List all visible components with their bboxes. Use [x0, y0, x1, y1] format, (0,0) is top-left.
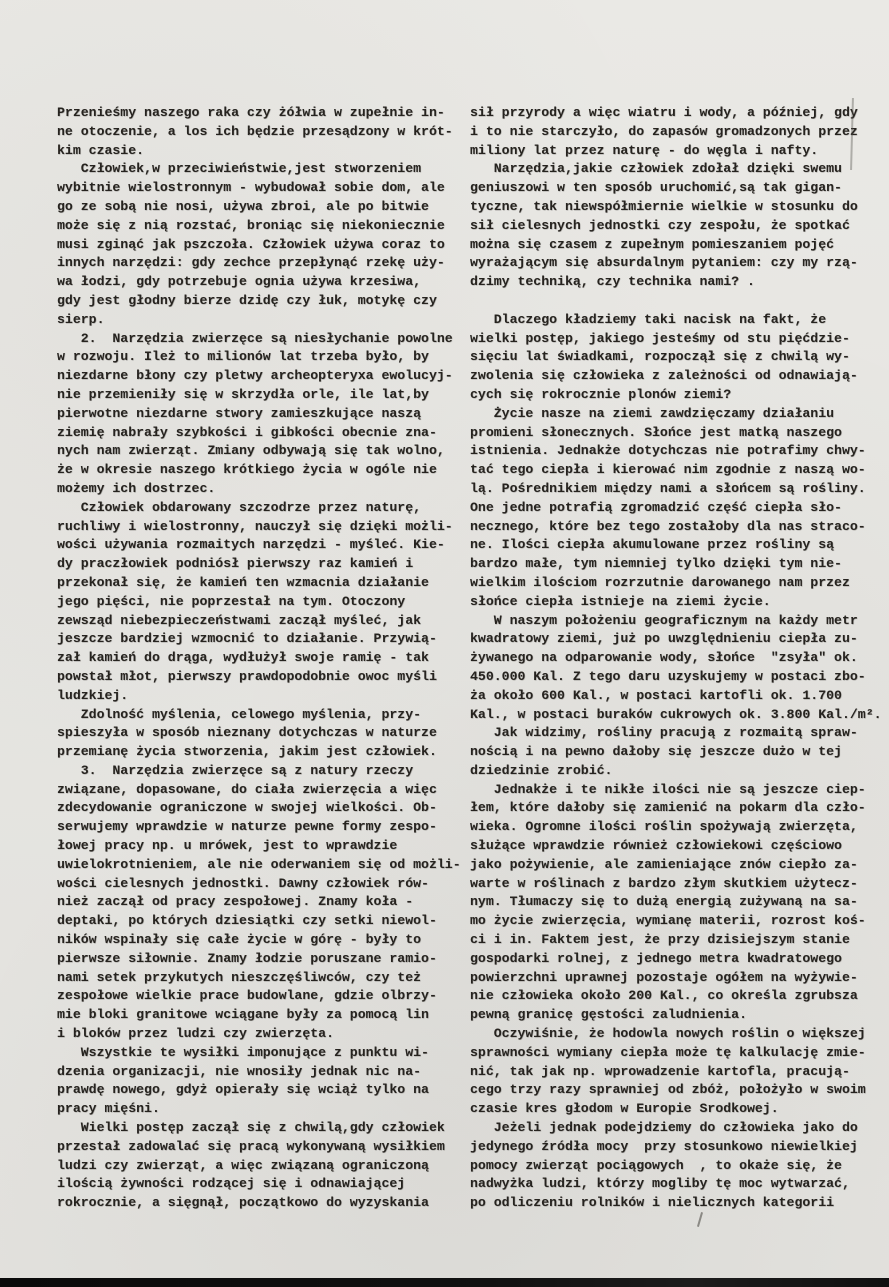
text-line: warte w roślinach z bardzo złym skutkiem… — [470, 875, 880, 894]
text-line: Jednakże i te nikłe ilości nie są jeszcz… — [470, 781, 880, 800]
text-line: tyczne, tak niewspółmiernie wielkie w st… — [470, 198, 880, 217]
text-line: ludzi czy zwierząt, a więc związaną ogra… — [57, 1157, 467, 1176]
text-line: ne. Ilości ciepła akumulowane przez rośl… — [470, 536, 880, 555]
text-line: Wielki postęp zaczął się z chwilą,gdy cz… — [57, 1119, 467, 1138]
text-line: gdy jest głodny bierze dzidę czy łuk, mo… — [57, 292, 467, 311]
text-line: pierwotne niezdarne stwory zamieszkujące… — [57, 405, 467, 424]
text-line: serwujemy wprawdzie w naturze pewne form… — [57, 818, 467, 837]
text-line: dy praczłowiek podniósł pierwszy raz kam… — [57, 555, 467, 574]
text-line: deptaki, po których dziesiątki czy setki… — [57, 912, 467, 931]
text-line: zewsząd niebezpieczeństwami zaczął myśle… — [57, 612, 467, 631]
text-line: ludzkiej. — [57, 687, 467, 706]
text-line: promieni słonecznych. Słońce jest matką … — [470, 424, 880, 443]
text-line: pomocy zwierząt pociągowych , to okaże s… — [470, 1157, 880, 1176]
text-line: cych się rokrocznie plonów ziemi? — [470, 386, 880, 405]
text-line: niezdarne błony czy pletwy archeopteryxa… — [57, 367, 467, 386]
text-line: łem, które dałoby się zamienić na pokarm… — [470, 799, 880, 818]
text-line: ruchliwy i wielostronny, nauczył się dzi… — [57, 518, 467, 537]
text-line: po odliczeniu rolników i nielicznych kat… — [470, 1194, 880, 1213]
text-line: pracy mięśni. — [57, 1100, 467, 1119]
text-line: w rozwoju. Ileż to milionów lat trzeba b… — [57, 348, 467, 367]
text-line: możemy ich dostrzec. — [57, 480, 467, 499]
text-line: geniuszowi w ten sposób uruchomić,są tak… — [470, 179, 880, 198]
text-line: spieszyła w sposób nieznany dotychczas w… — [57, 724, 467, 743]
text-line: necznego, które bez tego zostałoby dla n… — [470, 518, 880, 537]
text-line: nych nam zwierząt. Zmiany odbywają się t… — [57, 442, 467, 461]
text-line: łowej pracy np. u mrówek, jest to wprawd… — [57, 837, 467, 856]
text-line: bardzo małe, tym niemniej tylko dzięki t… — [470, 555, 880, 574]
text-line: cego trzy razy sprawniej od zbóż, położy… — [470, 1081, 880, 1100]
text-line: ników wspinały się całe życie w górę - b… — [57, 931, 467, 950]
text-line: nić, tak jak np. wprowadzenie kartofla, … — [470, 1063, 880, 1082]
text-line: Kal., w postaci buraków cukrowych ok. 3.… — [470, 706, 880, 725]
scan-artifact — [697, 1212, 703, 1227]
text-line: zespołowe wielkie prace budowlane, gdzie… — [57, 987, 467, 1006]
text-line: musi zginąć jak pszczoła. Człowiek używa… — [57, 236, 467, 255]
text-line: sił cielesnych jednostki czy zespołu, że… — [470, 217, 880, 236]
text-line: przestał zadowalać się pracą wykonywaną … — [57, 1138, 467, 1157]
text-line: kim czasie. — [57, 142, 467, 161]
text-line: wyrażającym się absurdalnym pytaniem: cz… — [470, 254, 880, 273]
text-line: sierp. — [57, 311, 467, 330]
text-line: W naszym położeniu geograficznym na każd… — [470, 612, 880, 631]
text-line: 2. Narzędzia zwierzęce są niesłychanie p… — [57, 330, 467, 349]
text-line: wieka. Ogromne ilości roślin spożywają z… — [470, 818, 880, 837]
text-line: Jeżeli jednak podejdziemy do człowieka j… — [470, 1119, 880, 1138]
text-line: ci i in. Faktem jest, że przy dzisiejszy… — [470, 931, 880, 950]
text-line: czasie kres głodom w Europie Srodkowej. — [470, 1100, 880, 1119]
text-line: nością i na pewno dałoby się jeszcze duż… — [470, 743, 880, 762]
text-line: tać tego ciepła i kierować nim zgodnie z… — [470, 461, 880, 480]
text-line: można się czasem z zupełnym pomieszaniem… — [470, 236, 880, 255]
text-line: ziemię nabrały szybkości i gibkości obec… — [57, 424, 467, 443]
text-line: zwolenia się człowieka z zależności od o… — [470, 367, 880, 386]
text-line: One jedne potrafią zgromadzić część ciep… — [470, 499, 880, 518]
text-line: wa łodzi, gdy potrzebuje ognia używa krz… — [57, 273, 467, 292]
text-line: rokrocznie, a sięgnął, początkowo do wyz… — [57, 1194, 467, 1213]
text-line: wości używania rozmaitych narzędzi - myś… — [57, 536, 467, 555]
text-line: ilością żywności rodzącej się i odnawiaj… — [57, 1175, 467, 1194]
text-line: żywanego na odparowanie wody, słońce "zs… — [470, 649, 880, 668]
text-line: słońce ciepła istnieje na ziemi życie. — [470, 593, 880, 612]
text-line: gospodarki rolnej, z jednego metra kwadr… — [470, 950, 880, 969]
text-line: 3. Narzędzia zwierzęce są z natury rzecz… — [57, 762, 467, 781]
text-line: Jak widzimy, rośliny pracują z rozmaitą … — [470, 724, 880, 743]
text-line: przemianę życia stworzenia, jakim jest c… — [57, 743, 467, 762]
text-line: dziedzinie zrobić. — [470, 762, 880, 781]
text-line: pierwsze siłownie. Znamy łodzie poruszan… — [57, 950, 467, 969]
text-line: że w okresie naszego krótkiego życia w o… — [57, 461, 467, 480]
text-line: Narzędzia,jakie człowiek zdołał dzięki s… — [470, 160, 880, 179]
text-line: służące wprawdzie również człowiekowi cz… — [470, 837, 880, 856]
text-line: wielkim ilościom rozrzutnie darowanego n… — [470, 574, 880, 593]
text-line: kwadratowy ziemi, już po uwzględnieniu c… — [470, 630, 880, 649]
text-line: wości cielesnych jednostki. Dawny człowi… — [57, 875, 467, 894]
text-line: innych narzędzi: gdy zechce przepłynąć r… — [57, 254, 467, 273]
scanned-typewritten-page: Przenieśmy naszego raka czy żółwia w zup… — [0, 0, 889, 1287]
text-line: nież zaczął od pracy zespołowej. Znamy k… — [57, 893, 467, 912]
text-line: prawdę nowego, gdyż opierały się wciąż t… — [57, 1081, 467, 1100]
text-line: go ze sobą nie nosi, używa zbroi, ale po… — [57, 198, 467, 217]
text-line: powierzchni uprawnej pozostaje ogółem na… — [470, 969, 880, 988]
text-line: Wszystkie te wysiłki imponujące z punktu… — [57, 1044, 467, 1063]
text-line: sprawności wymiany ciepła może tę kalkul… — [470, 1044, 880, 1063]
text-line: pewną granicę gęstości zaludnienia. — [470, 1006, 880, 1025]
text-line: wybitnie wielostronnym - wybudował sobie… — [57, 179, 467, 198]
text-line — [470, 292, 880, 311]
text-line: zał kamień do drąga, wydłużył swoje rami… — [57, 649, 467, 668]
text-line: Przenieśmy naszego raka czy żółwia w zup… — [57, 104, 467, 123]
text-line: może się z nią rozstać, broniąc się niek… — [57, 217, 467, 236]
text-line: jeszcze bardziej wzmocnić to działanie. … — [57, 630, 467, 649]
text-line: istnienia. Jednakże dotychczas nie potra… — [470, 442, 880, 461]
text-line: miliony lat przez naturę - do węgla i na… — [470, 142, 880, 161]
text-line: Człowiek obdarowany szczodrze przez natu… — [57, 499, 467, 518]
text-line: nami setek przykutych nieszczęśliwców, c… — [57, 969, 467, 988]
text-line: Życie nasze na ziemi zawdzięczamy działa… — [470, 405, 880, 424]
text-line: Oczywiśnie, że hodowla nowych roślin o w… — [470, 1025, 880, 1044]
text-line: nie człowieka około 200 Kal., co określa… — [470, 987, 880, 1006]
text-line: jako pożywienie, ale zamieniające znów c… — [470, 856, 880, 875]
scan-edge-bar — [0, 1278, 889, 1287]
text-line: uwielokrotnieniem, ale nie oderwaniem si… — [57, 856, 467, 875]
text-line: i bloków przez ludzi czy zwierzęta. — [57, 1025, 467, 1044]
right-text-column: sił przyrody a więc wiatru i wody, a póź… — [470, 104, 880, 1213]
text-line: nym. Tłumaczy się to dużą energią zużywa… — [470, 893, 880, 912]
text-line: zdecydowanie ograniczone w swojej wielko… — [57, 799, 467, 818]
text-line: Człowiek,w przeciwieństwie,jest stworzen… — [57, 160, 467, 179]
text-line: Dlaczego kładziemy taki nacisk na fakt, … — [470, 311, 880, 330]
text-line: jego pięści, nie poprzestał na tym. Otoc… — [57, 593, 467, 612]
text-line: jedynego źródła mocy przy stosunkowo nie… — [470, 1138, 880, 1157]
text-line: 450.000 Kal. Z tego daru uzyskujemy w po… — [470, 668, 880, 687]
text-line: i to nie starczyło, do zapasów gromadzon… — [470, 123, 880, 142]
text-line: Zdolność myślenia, celowego myślenia, pr… — [57, 706, 467, 725]
text-line: powstał młot, pierwszy prawdopodobnie ow… — [57, 668, 467, 687]
text-line: przekonał się, że kamień ten wzmacnia dz… — [57, 574, 467, 593]
text-line: nie przemieniły się w skrzydła orle, ile… — [57, 386, 467, 405]
text-line: dzenia organizacji, nie wnosiły jednak n… — [57, 1063, 467, 1082]
text-line: nadwyżka ludzi, którzy mogliby tę moc wy… — [470, 1175, 880, 1194]
text-line: mo życie zwierzęcia, wymianę materii, ro… — [470, 912, 880, 931]
text-line: sięciu lat świadkami, rozpoczął się z ch… — [470, 348, 880, 367]
text-line: dzimy techniką, czy technika nami? . — [470, 273, 880, 292]
text-line: wielki postęp, jakiego jesteśmy od stu p… — [470, 330, 880, 349]
left-text-column: Przenieśmy naszego raka czy żółwia w zup… — [57, 104, 467, 1213]
text-line: sił przyrody a więc wiatru i wody, a póź… — [470, 104, 880, 123]
text-line: lą. Pośrednikiem między nami a słońcem s… — [470, 480, 880, 499]
text-line: mie bloki granitowe wciągane były za pom… — [57, 1006, 467, 1025]
text-line: ża około 600 Kal., w postaci kartofli ok… — [470, 687, 880, 706]
text-line: ne otoczenie, a los ich będzie przesądzo… — [57, 123, 467, 142]
text-line: związane, dopasowane, do ciała zwierzęci… — [57, 781, 467, 800]
